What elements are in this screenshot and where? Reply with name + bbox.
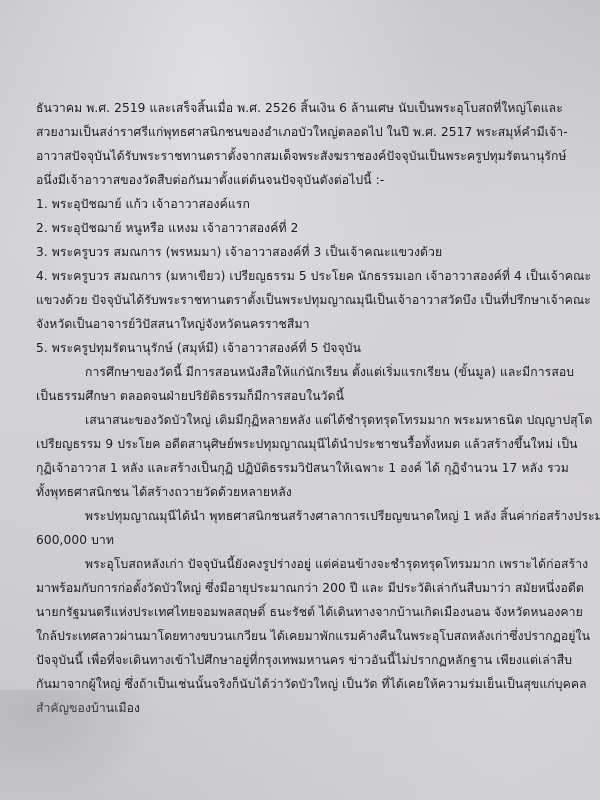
text-line: อาวาสปัจจุบันได้รับพระราชทานตราตั้งจากสม… bbox=[36, 144, 596, 168]
list-item-abbot-4: 4. พระครูบวร สมณการ (มหาเขียว) เปรียญธรร… bbox=[36, 264, 596, 288]
text-line: มาพร้อมกับการก่อตั้งวัดบัวใหญ่ ซึ่งมีอาย… bbox=[36, 576, 596, 600]
paragraph-start-old-ubosot: พระอุโบสถหลังเก่า ปัจจุบันนี้ยังคงรูปร่า… bbox=[36, 552, 596, 576]
paragraph-start-lodgings: เสนาสนะของวัดบัวใหญ่ เดิมมีกุฏิหลายหลัง … bbox=[36, 408, 596, 432]
document-body: ธันวาคม พ.ศ. 2519 และเสร็จสิ้นเมื่อ พ.ศ.… bbox=[36, 96, 596, 720]
text-line: เปรียญธรรม 9 ประโยค อดีตสานุศิษย์พระปทุม… bbox=[36, 432, 596, 456]
text-line: แขวงด้วย ปัจจุบันได้รับพระราชทานตราตั้งเ… bbox=[36, 288, 596, 312]
text-line: ทั้งพุทธศาสนิกชน ได้สร้างถวายวัดด้วยหลาย… bbox=[36, 480, 596, 504]
list-item-abbot-1: 1. พระอุปัชฌาย์ แก้ว เจ้าอาวาสองค์แรก bbox=[36, 192, 596, 216]
document-page: ธันวาคม พ.ศ. 2519 และเสร็จสิ้นเมื่อ พ.ศ.… bbox=[0, 0, 600, 800]
text-line: อนึ่งมีเจ้าอาวาสของวัดสืบต่อกันมาตั้งแต่… bbox=[36, 168, 596, 192]
text-line: เป็นธรรมศึกษา ตลอดจนฝ่ายปริยัติธรรมก็มีก… bbox=[36, 384, 596, 408]
list-item-abbot-5: 5. พระครูปทุมรัตนานุรักษ์ (สมุห์มี) เจ้า… bbox=[36, 336, 596, 360]
text-line: สวยงามเป็นสง่าราศรีแก่พุทธศาสนิกชนของอำเ… bbox=[36, 120, 596, 144]
paragraph-start-sala: พระปทุมญาณมุนีได้นำ พุทธศาสนิกชนสร้างศาล… bbox=[36, 504, 596, 528]
list-item-abbot-2: 2. พระอุปัชฌาย์ หนูหรือ แหงม เจ้าอาวาสอง… bbox=[36, 216, 596, 240]
text-line: ธันวาคม พ.ศ. 2519 และเสร็จสิ้นเมื่อ พ.ศ.… bbox=[36, 96, 596, 120]
text-line: สำคัญของบ้านเมือง bbox=[36, 696, 596, 720]
list-item-abbot-3: 3. พระครูบวร สมณการ (พรหมมา) เจ้าอาวาสอง… bbox=[36, 240, 596, 264]
text-line: 600,000 บาท bbox=[36, 528, 596, 552]
text-line: กันมาจากผู้ใหญ่ ซึ่งถ้าเป็นเช่นนั้นจริงก… bbox=[36, 672, 596, 696]
text-line: ใกล้ประเทศลาวผ่านมาโดยทางขบวนเกวียน ได้เ… bbox=[36, 624, 596, 648]
text-line: จังหวัดเป็นอาจารย์วิปัสสนาใหญ่จังหวัดนคร… bbox=[36, 312, 596, 336]
text-line: กุฏิเจ้าอาวาส 1 หลัง และสร้างเป็นกุฏิ ปฏ… bbox=[36, 456, 596, 480]
text-line: นายกรัฐมนตรีแห่งประเทศไทยจอมพลสฤษดิ์ ธนะ… bbox=[36, 600, 596, 624]
text-line: ปัจจุบันนี้ เพื่อที่จะเดินทางเข้าไปศึกษา… bbox=[36, 648, 596, 672]
paragraph-start-education: การศึกษาของวัดนี้ มีการสอนหนังสือให้แก่น… bbox=[36, 360, 596, 384]
